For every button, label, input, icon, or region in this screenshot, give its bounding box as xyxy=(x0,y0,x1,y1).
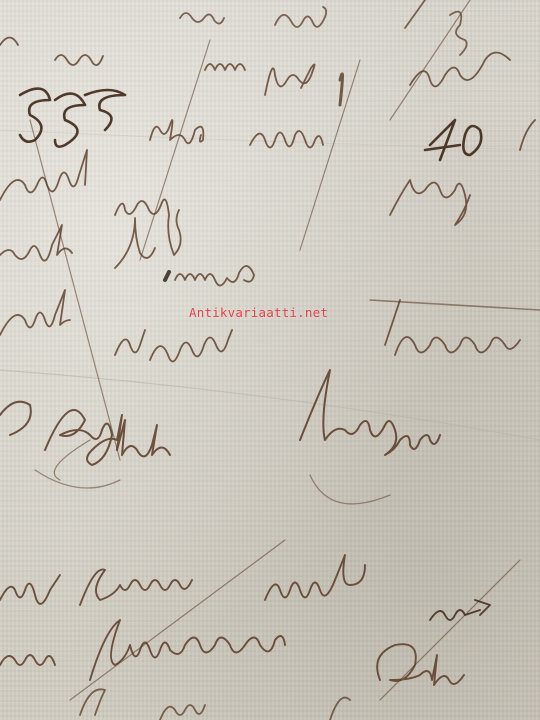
manuscript-photo: Antikvariaatti.net xyxy=(0,0,540,720)
handwriting-strokes xyxy=(0,0,540,720)
watermark-text: Antikvariaatti.net xyxy=(189,305,328,320)
